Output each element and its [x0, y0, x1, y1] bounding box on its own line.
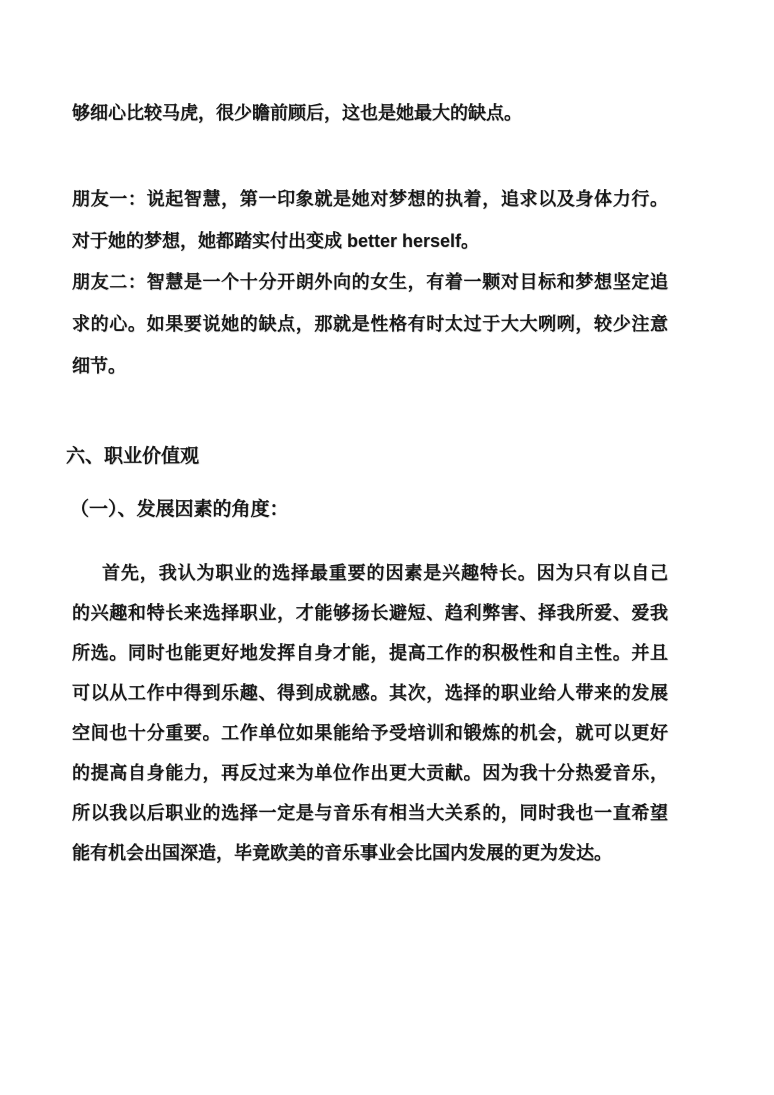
- text-line: 空间也十分重要。工作单位如果能给予受培训和锻炼的机会，就可以更好: [72, 713, 668, 753]
- text-line: 能有机会出国深造，毕竟欧美的音乐事业会比国内发展的更为发达。: [72, 833, 668, 873]
- paragraph-friend-one-comment: 朋友一：说起智慧，第一印象就是她对梦想的执着，追求以及身体力行。对于她的梦想，她…: [72, 178, 668, 262]
- text-line: 朋友一：说起智慧，第一印象就是她对梦想的执着，追求以及身体力行。: [72, 178, 668, 220]
- text-line: 首先，我认为职业的选择最重要的因素是兴趣特长。因为只有以自己: [72, 553, 668, 593]
- document-page: 够细心比较马虎，很少瞻前顾后，这也是她最大的缺点。 朋友一：说起智慧，第一印象就…: [0, 0, 774, 1095]
- text-line: 的兴趣和特长来选择职业，才能够扬长避短、趋利弊害、择我所爱、爱我: [72, 593, 668, 633]
- text-line: 细节。: [72, 345, 668, 387]
- text-line: 对于她的梦想，她都踏实付出变成 better herself。: [72, 220, 668, 262]
- text-line: 的提高自身能力，再反过来为单位作出更大贡献。因为我十分热爱音乐，: [72, 753, 668, 793]
- text-line: 求的心。如果要说她的缺点，那就是性格有时太过于大大咧咧，较少注意: [72, 303, 668, 345]
- paragraph-closing-remark: 够细心比较马虎，很少瞻前顾后，这也是她最大的缺点。: [72, 93, 668, 133]
- text-line: 可以从工作中得到乐趣、得到成就感。其次，选择的职业给人带来的发展: [72, 673, 668, 713]
- paragraph-friend-two-comment: 朋友二：智慧是一个十分开朗外向的女生，有着一颗对目标和梦想坚定追求的心。如果要说…: [72, 261, 668, 387]
- text-line: 够细心比较马虎，很少瞻前顾后，这也是她最大的缺点。: [72, 93, 668, 133]
- text-line: 所选。同时也能更好地发挥自身才能，提高工作的积极性和自主性。并且: [72, 633, 668, 673]
- subsection-one-heading: （一）、发展因素的角度：: [70, 490, 289, 530]
- text-line: 朋友二：智慧是一个十分开朗外向的女生，有着一颗对目标和梦想坚定追: [72, 261, 668, 303]
- text-line: 所以我以后职业的选择一定是与音乐有相当大关系的，同时我也一直希望: [72, 793, 668, 833]
- paragraph-development-factors: 首先，我认为职业的选择最重要的因素是兴趣特长。因为只有以自己的兴趣和特长来选择职…: [72, 553, 668, 873]
- section-six-heading: 六、职业价值观: [66, 437, 199, 477]
